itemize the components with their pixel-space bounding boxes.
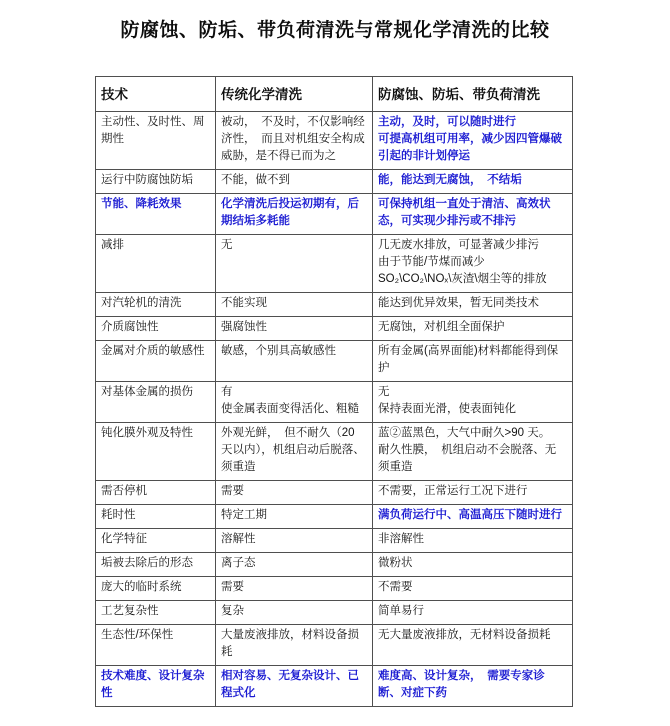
row-label-cell: 主动性、及时性、周期性 — [96, 112, 216, 170]
advanced-cell: 主动，及时，可以随时进行 可提高机组可用率，减少因四管爆破引起的非计划停运 — [373, 112, 573, 170]
traditional-cell: 溶解性 — [216, 529, 373, 553]
table-row: 介质腐蚀性 强腐蚀性 无腐蚀，对机组全面保护 — [96, 317, 573, 341]
traditional-cell: 不能，做不到 — [216, 170, 373, 194]
row-label-cell: 生态性/环保性 — [96, 625, 216, 666]
table-row: 减排 无 几无废水排放，可显著减少排污 由于节能/节煤而减少 SO₂\CO₂\N… — [96, 235, 573, 293]
advanced-cell: 能达到优异效果，暂无同类技术 — [373, 293, 573, 317]
row-label-cell: 庞大的临时系统 — [96, 577, 216, 601]
table-row: 主动性、及时性、周期性 被动， 不及时，不仅影响经济性， 而且对机组安全构成威胁… — [96, 112, 573, 170]
row-label-cell: 介质腐蚀性 — [96, 317, 216, 341]
document-page: 防腐蚀、防垢、带负荷清洗与常规化学清洗的比较 技术 传统化学清洗 防腐蚀、防垢、… — [0, 0, 670, 726]
advanced-cell: 非溶解性 — [373, 529, 573, 553]
traditional-cell: 不能实现 — [216, 293, 373, 317]
row-label-cell: 金属对介质的敏感性 — [96, 341, 216, 382]
advanced-cell: 蓝②蓝黑色，大气中耐久>90 天。 耐久性膜， 机组启动不会脱落、无须重造 — [373, 423, 573, 481]
table-row: 节能、降耗效果 化学清洗后投运初期有，后期结垢多耗能 可保持机组一直处于清洁、高… — [96, 194, 573, 235]
table-row: 对基体金属的损伤 有 使金属表面变得活化、粗糙 无 保持表面光滑，使表面钝化 — [96, 382, 573, 423]
traditional-cell: 大量废液排放，材料设备损耗 — [216, 625, 373, 666]
row-label-cell: 需否停机 — [96, 481, 216, 505]
traditional-cell: 无 — [216, 235, 373, 293]
table-row: 垢被去除后的形态 离子态 微粉状 — [96, 553, 573, 577]
advanced-cell: 能，能达到无腐蚀， 不结垢 — [373, 170, 573, 194]
traditional-cell: 有 使金属表面变得活化、粗糙 — [216, 382, 373, 423]
header-advanced-cleaning: 防腐蚀、防垢、带负荷清洗 — [373, 77, 573, 112]
advanced-cell: 几无废水排放，可显著减少排污 由于节能/节煤而减少 SO₂\CO₂\NOₓ\灰渣… — [373, 235, 573, 293]
traditional-cell: 复杂 — [216, 601, 373, 625]
traditional-cell: 需要 — [216, 481, 373, 505]
row-label-cell: 减排 — [96, 235, 216, 293]
traditional-cell: 相对容易、无复杂设计、已程式化 — [216, 666, 373, 707]
advanced-cell: 不需要，正常运行工况下进行 — [373, 481, 573, 505]
row-label-cell: 对汽轮机的清洗 — [96, 293, 216, 317]
row-label-cell: 技术难度、设计复杂性 — [96, 666, 216, 707]
advanced-cell: 难度高、设计复杂， 需要专家诊断、对症下药 — [373, 666, 573, 707]
table-row: 钝化膜外观及特性 外观光鲜， 但不耐久（20 天以内），机组启动后脱落、须重造 … — [96, 423, 573, 481]
table-row: 耗时性 特定工期 满负荷运行中、高温高压下随时进行 — [96, 505, 573, 529]
traditional-cell: 离子态 — [216, 553, 373, 577]
table-row: 金属对介质的敏感性 敏感，个别具高敏感性 所有金属(高界面能)材料都能得到保护 — [96, 341, 573, 382]
table-row: 需否停机 需要 不需要，正常运行工况下进行 — [96, 481, 573, 505]
comparison-table: 技术 传统化学清洗 防腐蚀、防垢、带负荷清洗 主动性、及时性、周期性 被动， 不… — [95, 76, 573, 707]
row-label-cell: 钝化膜外观及特性 — [96, 423, 216, 481]
traditional-cell: 强腐蚀性 — [216, 317, 373, 341]
table-row: 工艺复杂性 复杂 简单易行 — [96, 601, 573, 625]
advanced-cell: 不需要 — [373, 577, 573, 601]
table-row: 庞大的临时系统 需要 不需要 — [96, 577, 573, 601]
row-label-cell: 工艺复杂性 — [96, 601, 216, 625]
header-row: 技术 传统化学清洗 防腐蚀、防垢、带负荷清洗 — [96, 77, 573, 112]
traditional-cell: 外观光鲜， 但不耐久（20 天以内），机组启动后脱落、须重造 — [216, 423, 373, 481]
advanced-cell: 微粉状 — [373, 553, 573, 577]
header-traditional-cleaning: 传统化学清洗 — [216, 77, 373, 112]
row-label-cell: 对基体金属的损伤 — [96, 382, 216, 423]
traditional-cell: 被动， 不及时，不仅影响经济性， 而且对机组安全构成威胁，是不得已而为之 — [216, 112, 373, 170]
traditional-cell: 敏感，个别具高敏感性 — [216, 341, 373, 382]
table-row: 对汽轮机的清洗 不能实现 能达到优异效果，暂无同类技术 — [96, 293, 573, 317]
advanced-cell: 无大量废液排放，无材料设备损耗 — [373, 625, 573, 666]
table-row: 技术难度、设计复杂性 相对容易、无复杂设计、已程式化 难度高、设计复杂， 需要专… — [96, 666, 573, 707]
page-title: 防腐蚀、防垢、带负荷清洗与常规化学清洗的比较 — [0, 0, 670, 42]
row-label-cell: 垢被去除后的形态 — [96, 553, 216, 577]
row-label-cell: 节能、降耗效果 — [96, 194, 216, 235]
traditional-cell: 化学清洗后投运初期有，后期结垢多耗能 — [216, 194, 373, 235]
advanced-cell: 所有金属(高界面能)材料都能得到保护 — [373, 341, 573, 382]
traditional-cell: 需要 — [216, 577, 373, 601]
advanced-cell: 无腐蚀，对机组全面保护 — [373, 317, 573, 341]
table-row: 化学特征 溶解性 非溶解性 — [96, 529, 573, 553]
row-label-cell: 耗时性 — [96, 505, 216, 529]
advanced-cell: 满负荷运行中、高温高压下随时进行 — [373, 505, 573, 529]
advanced-cell: 无 保持表面光滑，使表面钝化 — [373, 382, 573, 423]
traditional-cell: 特定工期 — [216, 505, 373, 529]
table-row: 生态性/环保性 大量废液排放，材料设备损耗 无大量废液排放，无材料设备损耗 — [96, 625, 573, 666]
advanced-cell: 可保持机组一直处于清洁、高效状态，可实现少排污或不排污 — [373, 194, 573, 235]
row-label-cell: 运行中防腐蚀防垢 — [96, 170, 216, 194]
advanced-cell: 简单易行 — [373, 601, 573, 625]
header-tech: 技术 — [96, 77, 216, 112]
table-row: 运行中防腐蚀防垢 不能，做不到 能，能达到无腐蚀， 不结垢 — [96, 170, 573, 194]
row-label-cell: 化学特征 — [96, 529, 216, 553]
